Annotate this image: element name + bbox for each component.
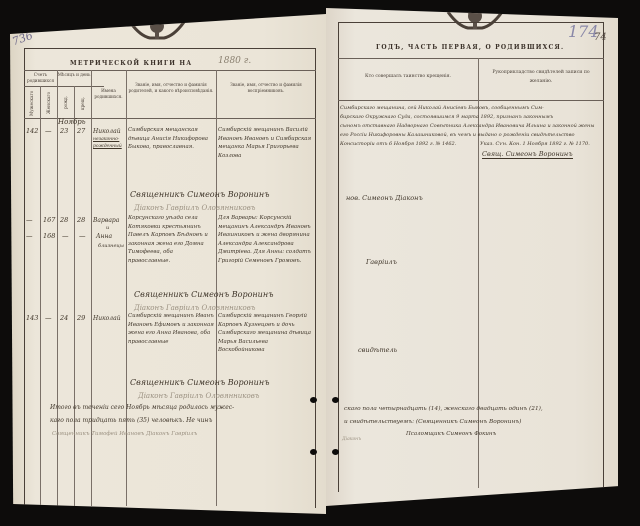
- parents-text: Корсунскаго уѣзда села Котяковки крестья…: [128, 214, 214, 266]
- baptism-day: 28: [77, 216, 85, 225]
- performer-entry-3: свидѣтель: [358, 346, 397, 354]
- double-headed-eagle-emblem-icon: [126, 16, 188, 42]
- male-number: 143: [26, 314, 38, 323]
- left-page: 736 МЕТРИЧЕСКОЙ КНИГИ НА 1880 г. Счетъ р…: [10, 14, 326, 514]
- col-header-month-day: Мѣсяцъ и день: [57, 72, 91, 78]
- parents-text: Симбирская мещанская дѣвица Анисія Никиф…: [128, 126, 214, 152]
- archive-number: 736: [10, 29, 34, 48]
- header-top-rule: [338, 58, 604, 59]
- col-header-births-count: Счетъ родившихся: [24, 72, 57, 84]
- annotation-line: сыномъ отставнаго Надворнаго Совѣтника А…: [340, 122, 604, 131]
- parents-text: Симбирскій мещанинъ Иванъ Ивановъ Ефимов…: [128, 312, 214, 346]
- female-number: 168: [43, 232, 55, 241]
- col-header-baptism: крещ.: [80, 92, 86, 114]
- right-page: 174 74 ГОДЪ, ЧАСТЬ ПЕРВАЯ, О РОДИВШИХСЯ.…: [326, 8, 618, 506]
- baptism-day: 27: [77, 127, 85, 136]
- col-header-birth: рожд.: [63, 92, 69, 114]
- register-frame: [24, 48, 316, 508]
- monthly-total-line-1: Итого въ теченіи сего Ноябрь мѣсяца роди…: [50, 404, 320, 413]
- col-header-parents: Званіе, имя, отчество и фамилія родителе…: [128, 82, 214, 94]
- female-number: —: [45, 127, 52, 136]
- col-rule: [74, 86, 75, 506]
- male-number: —: [26, 216, 33, 225]
- month-label: Ноябрь: [58, 118, 86, 127]
- page-title: МЕТРИЧЕСКОЙ КНИГИ НА: [70, 60, 192, 67]
- baby-name: Николай: [93, 314, 121, 323]
- performer-entry-1: нов. Симеонъ Діаконъ: [346, 194, 423, 202]
- binding-hole: [332, 449, 339, 455]
- annotation-line: его Россіи Никифоровны Калашниковой, въ …: [340, 131, 604, 140]
- deacon-signature: Діаконъ Гавріилъ Оловянниковъ: [138, 392, 259, 400]
- binding-hole: [332, 397, 339, 403]
- binding-hole: [310, 397, 317, 403]
- year-handwritten: 1880 г.: [218, 56, 251, 66]
- page-title: ГОДЪ, ЧАСТЬ ПЕРВАЯ, О РОДИВШИХСЯ.: [376, 44, 564, 51]
- col-header-attestation: Рукоприкладство свидѣтелей записи по жел…: [482, 68, 600, 86]
- birth-day: —: [62, 232, 69, 241]
- col-rule: [57, 70, 58, 506]
- col-rule: [126, 70, 127, 506]
- annotation-line: Указ. Сѵн. Кон. 1 Ноября 1892 г. № 1170.: [480, 140, 604, 149]
- performer-entry-2: Гавріилъ: [366, 258, 397, 266]
- col-header-male: Мужескаго: [29, 90, 35, 116]
- priest-signature: Священникъ Симеонъ Воронинъ: [134, 290, 273, 299]
- baptism-day: 29: [77, 314, 85, 323]
- baby-name-note: незаконно-рожденный: [93, 136, 125, 150]
- faint-note: Діаконъ: [342, 436, 361, 445]
- birth-day: 24: [60, 314, 68, 323]
- deacon-signature: Діаконъ Гавріилъ Оловянниковъ: [134, 204, 255, 212]
- col-header-godparents: Званіе, имя, отчество и фамилія воспріем…: [218, 82, 314, 94]
- godparents-text: Симбирскій мещанинъ Георгій Карповъ Кузн…: [218, 312, 314, 355]
- male-number: —: [26, 232, 33, 241]
- monthly-total-line-2: каго пола тридцать пять (35) человѣкъ. Н…: [50, 417, 320, 426]
- baby-name: Анна: [96, 232, 112, 241]
- monthly-total-line-1: скаго пола четырнадцать (14), женскаго д…: [344, 405, 614, 414]
- binding-hole: [310, 449, 317, 455]
- deacon-signature: Діаконъ Гавріилъ Оловянниковъ: [134, 304, 255, 312]
- header-top-rule: [24, 70, 316, 71]
- col-header-performer: Кто совершалъ таинство крещенія.: [340, 74, 476, 80]
- col-rule: [40, 86, 41, 506]
- birth-day: 28: [60, 216, 68, 225]
- col-rule: [91, 70, 92, 506]
- female-number: 167: [43, 216, 55, 225]
- birth-day: 23: [60, 127, 68, 136]
- col-rule: [216, 70, 217, 506]
- godparents-text: Симбирскій мещанинъ Василій Ивановъ Иван…: [218, 126, 314, 160]
- header-sub-rule: [24, 86, 104, 87]
- twins-note: близнецы: [98, 242, 124, 251]
- monthly-total-line-2: и свидѣтельствуемъ: (Священникъ Симеонъ …: [344, 418, 614, 427]
- female-number: —: [45, 314, 52, 323]
- annotation-signature: Свящ. Симеонъ Воронинъ: [482, 150, 573, 159]
- col-header-female: Женскаго: [46, 90, 52, 116]
- baptism-day: —: [79, 232, 86, 241]
- header-bottom-rule: [338, 100, 604, 101]
- baby-name: Николай: [93, 127, 121, 136]
- priest-signature: Священникъ Симеонъ Воронинъ: [130, 378, 269, 387]
- godparents-text: Для Варвары: Корсунскій мещанинъ Алексан…: [218, 214, 314, 266]
- annotation-line: Симбирскаго мещанина, сей Николай Анисіе…: [340, 104, 604, 113]
- male-number: 142: [26, 127, 38, 136]
- annotation-line: бирскаго Окружнаго Суда, состоявшимся 9 …: [340, 113, 604, 122]
- annotation-line: Консисторіи отъ 6 Ноября 1892 г. № 1462.: [340, 140, 480, 149]
- monthly-total-line-3: Священникъ Тимофей Ивановъ Діаконъ Гаврі…: [52, 430, 322, 439]
- priest-signature: Священникъ Симеонъ Воронинъ: [130, 190, 269, 199]
- monthly-total-line-3: Псаломщикъ Симеонъ Фокинъ: [406, 430, 606, 439]
- col-header-baby-name: Имена родившихся.: [92, 88, 125, 100]
